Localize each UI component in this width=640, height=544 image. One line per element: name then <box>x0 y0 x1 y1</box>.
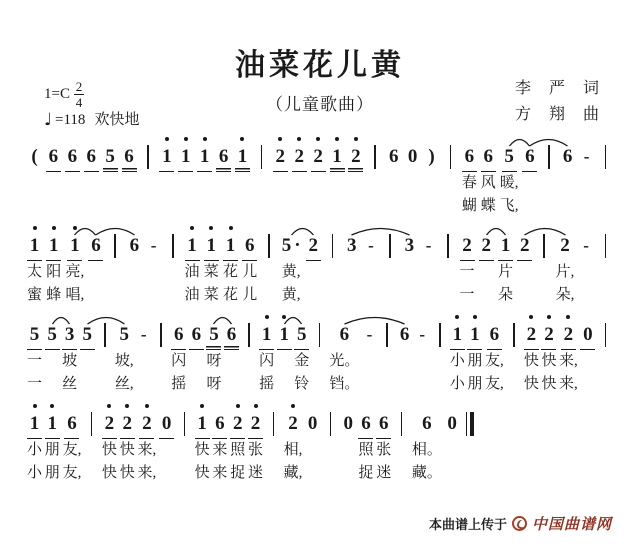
note-cell: 6 <box>87 223 104 307</box>
lyric-text: 快 <box>524 373 539 396</box>
note-cell: 1小小 <box>26 401 43 485</box>
note-cell: 6闪摇 <box>170 312 187 396</box>
note-text <box>462 411 477 439</box>
note-cell: 1太蜜 <box>26 223 43 307</box>
lyric-text: 小 <box>450 373 465 396</box>
barline-cell <box>139 134 156 218</box>
tempo-marking: =118 <box>55 112 85 129</box>
note-text <box>140 144 155 172</box>
note-text: 1 <box>178 144 193 172</box>
note-text <box>323 411 338 439</box>
octave-dot-icon <box>265 315 269 319</box>
note-cell: 2 <box>347 134 364 218</box>
note-text: 6 <box>242 233 257 261</box>
lyric-text: 菜 <box>204 284 219 307</box>
barline-cell <box>505 312 522 396</box>
dash-cell: - <box>361 312 378 396</box>
note-text: - <box>146 233 161 261</box>
note-text: 2 <box>460 233 475 261</box>
note-text: 6 <box>560 144 575 172</box>
barline-cell <box>379 312 396 396</box>
barline-cell <box>382 223 399 307</box>
octave-dot-icon <box>145 404 149 408</box>
note-text: - <box>579 233 594 261</box>
note-text: 5 <box>80 322 95 350</box>
note-cell: 2 <box>478 223 495 307</box>
note-text: 0 <box>445 411 460 439</box>
lyric-text: 迷 <box>376 462 391 485</box>
note-text <box>536 233 551 261</box>
dash-cell: - <box>578 134 595 218</box>
note-text: 5 <box>502 144 517 172</box>
lyric-text: 来, <box>138 439 157 462</box>
music-area: (66656111612221260)6春蝴6风蝶5暖,飞,66-1太蜜1阳蜂1… <box>26 134 614 485</box>
lyric-text: 光。 <box>329 350 359 373</box>
octave-dot-icon <box>165 137 169 141</box>
octave-dot-icon <box>335 137 339 141</box>
octave-dot-icon <box>278 137 282 141</box>
note-text <box>598 322 613 350</box>
note-cell: 6光。铛。 <box>328 312 360 396</box>
lyric-text: 唱, <box>65 284 84 307</box>
note-cell: 6 <box>223 312 240 396</box>
octave-dot-icon <box>297 137 301 141</box>
octave-dot-icon <box>125 404 129 408</box>
barline-cell <box>107 223 124 307</box>
note-text: 5 <box>103 144 118 172</box>
lyric-text: 朋 <box>467 350 482 373</box>
note-text: 2 <box>348 144 363 172</box>
barline-cell <box>540 134 557 218</box>
note-text: - <box>136 322 151 350</box>
note-cell: 1菜菜 <box>203 223 220 307</box>
lyric-text: 来, <box>138 462 157 485</box>
octave-dot-icon <box>529 315 533 319</box>
note-cell: 1 <box>177 134 194 218</box>
lyric-text: 片 <box>498 261 513 284</box>
note-cell: 5呀呀 <box>205 312 222 396</box>
octave-dot-icon <box>240 137 244 141</box>
lyric-text: 快 <box>102 439 117 462</box>
lyric-text: 一 <box>27 350 42 373</box>
note-cell: 1亮,唱, <box>64 223 85 307</box>
note-text: 2 <box>120 411 135 439</box>
note-cell: 6张迷 <box>375 401 392 485</box>
lyric-text: 捉 <box>358 462 373 485</box>
lyric-text: 黄, <box>282 261 301 284</box>
octave-dot-icon <box>354 137 358 141</box>
lyric-text: 捉 <box>230 462 245 485</box>
lyric-text: 铛。 <box>329 373 359 396</box>
barline-cell <box>176 401 193 485</box>
note-cell: 2快快 <box>523 312 540 396</box>
note-text <box>266 411 281 439</box>
lyric-text: 蜜 <box>27 284 42 307</box>
lyric-text: 小 <box>27 439 42 462</box>
note-text: 1 <box>27 233 42 261</box>
note-text: 6 <box>171 322 186 350</box>
note-text: 5 <box>27 322 42 350</box>
dash-cell: - <box>420 223 437 307</box>
lyric-text: 朵 <box>498 284 513 307</box>
lyric-text: 迷 <box>248 462 263 485</box>
site-name: 中国曲谱网 <box>532 513 612 534</box>
note-text <box>383 233 398 261</box>
composer-credit: 方 翔 曲 <box>515 102 600 128</box>
note-text <box>325 233 340 261</box>
note-cell: 5 <box>44 312 61 396</box>
octave-dot-icon <box>254 404 258 408</box>
note-text: 6 <box>127 233 142 261</box>
lyric-text: 儿 <box>242 261 257 284</box>
note-text: 6 <box>65 144 80 172</box>
note-cell: 2 <box>291 134 308 218</box>
lyric-text: 飞, <box>500 195 519 218</box>
octave-dot-icon <box>73 226 77 230</box>
barline-cell <box>431 312 448 396</box>
note-text <box>177 411 192 439</box>
note-cell: 6照捉 <box>357 401 374 485</box>
dash-cell: - <box>578 223 595 307</box>
lyric-text: 一 <box>460 261 475 284</box>
note-cell: 6 <box>64 134 81 218</box>
note-text: 2 <box>524 322 539 350</box>
lyric-text: 菜 <box>204 261 219 284</box>
note-text <box>443 144 458 172</box>
note-cell: 2快快 <box>119 401 136 485</box>
lyric-text: 坡 <box>62 350 77 373</box>
note-cell: 0 <box>404 134 421 218</box>
meter-numerator: 2 <box>76 80 83 93</box>
note-cell: 6相。藏。 <box>411 401 443 485</box>
note-text: 1 <box>223 233 238 261</box>
lyric-text: 蜂 <box>46 284 61 307</box>
barline-cell <box>439 223 456 307</box>
note-text: 2 <box>139 411 154 439</box>
dot-after-icon: · <box>294 235 300 257</box>
note-cell: 6 <box>385 134 402 218</box>
lyric-text: 快 <box>541 373 556 396</box>
note-text: 6 <box>64 411 79 439</box>
note-cell: 0 <box>158 401 175 485</box>
note-text: 6 <box>397 322 412 350</box>
note-text <box>261 233 276 261</box>
lyric-text: 阳 <box>46 261 61 284</box>
note-cell: 2片,朵, <box>555 223 576 307</box>
note-cell: 0 <box>340 401 357 485</box>
note-text: 6 <box>481 144 496 172</box>
lyric-text: 丝, <box>115 373 134 396</box>
barline-cell <box>366 134 383 218</box>
note-cell: 2照捉 <box>229 401 246 485</box>
note-text <box>598 144 613 172</box>
note-text: 0 <box>159 411 174 439</box>
note-cell: 3 <box>343 223 360 307</box>
note-cell: 6 <box>126 223 143 307</box>
note-text <box>108 233 123 261</box>
site-logo-icon <box>512 516 527 531</box>
barline-cell <box>393 401 410 485</box>
lyric-text: 来, <box>559 350 578 373</box>
note-cell: 2 <box>310 134 327 218</box>
note-cell: 1 <box>158 134 175 218</box>
lyric-text: 快 <box>102 462 117 485</box>
note-cell: 6 <box>521 134 538 218</box>
lyric-text: 友, <box>485 373 504 396</box>
note-text <box>598 233 613 261</box>
note-text: 6 <box>337 322 352 350</box>
note-cell: 3 <box>401 223 418 307</box>
note-text: 6 <box>376 411 391 439</box>
meter-fraction: 2 4 <box>74 80 84 109</box>
lyric-text: 藏。 <box>412 462 442 485</box>
note-text <box>154 322 169 350</box>
note-cell: 0 <box>579 312 596 396</box>
music-line: 1小小1朋朋6友,友,2快快2快快2来,来,01快快6来来2照捉2张迷2相,藏,… <box>26 401 479 485</box>
note-text: 6 <box>522 144 537 172</box>
note-text: 1 <box>46 233 61 261</box>
note-cell: 2 <box>305 223 322 307</box>
lyric-text: 铃 <box>294 373 309 396</box>
lyric-text: 油 <box>185 284 200 307</box>
barline-cell <box>83 401 100 485</box>
note-text: 6 <box>224 322 239 350</box>
note-text: 1 <box>204 233 219 261</box>
lyric-text: 朋 <box>45 439 60 462</box>
note-cell: 1花花 <box>222 223 239 307</box>
lyric-text: 蝴 <box>462 195 477 218</box>
note-text: 6 <box>358 411 373 439</box>
note-cell: 2 <box>516 223 533 307</box>
note-cell: 1小小 <box>449 312 466 396</box>
page-title: 油菜花儿黄 <box>0 0 640 84</box>
lyric-text: 来 <box>212 439 227 462</box>
note-text: 2 <box>306 233 321 261</box>
lyric-text: 片, <box>556 261 575 284</box>
note-cell: 6来来 <box>211 401 228 485</box>
note-text: 1 <box>467 322 482 350</box>
note-text: 0 <box>305 411 320 439</box>
lyric-text: 相。 <box>412 439 442 462</box>
lyric-text: 坡, <box>115 350 134 373</box>
lyric-text: 朵, <box>556 284 575 307</box>
lyric-text: 闪 <box>259 350 274 373</box>
note-cell: 1 <box>329 134 346 218</box>
note-cell: 5·黄,黄, <box>280 223 303 307</box>
note-text: - <box>362 322 377 350</box>
octave-dot-icon <box>566 315 570 319</box>
note-cell: 3坡丝 <box>61 312 78 396</box>
note-text: 2 <box>230 411 245 439</box>
barline-cell <box>597 312 614 396</box>
dash-cell: - <box>135 312 152 396</box>
paren-cell: ( <box>26 134 43 218</box>
note-text: 6 <box>46 144 61 172</box>
lyric-text: 朋 <box>467 373 482 396</box>
lyric-text: 春 <box>462 172 477 195</box>
octave-dot-icon <box>236 404 240 408</box>
note-text: 6 <box>419 411 434 439</box>
lyric-text: 黄, <box>282 284 301 307</box>
note-text: 3 <box>344 233 359 261</box>
note-cell: 5暖,飞, <box>499 134 520 218</box>
note-text: 0 <box>580 322 595 350</box>
note-text: 6 <box>88 233 103 261</box>
barline-cell <box>311 312 328 396</box>
lyric-text: 快 <box>120 462 135 485</box>
note-text: 5· <box>281 233 302 261</box>
note-text: 2 <box>517 233 532 261</box>
note-text: 2 <box>479 233 494 261</box>
sheet-music-page: 油菜花儿黄 （儿童歌曲） 李 严 词 方 翔 曲 1=C 2 4 ♩ =118 … <box>0 0 640 544</box>
note-text: 1 <box>450 322 465 350</box>
key-tempo-block: 1=C 2 4 ♩ =118 欢快地 <box>44 80 139 129</box>
octave-dot-icon <box>184 137 188 141</box>
lyric-text: 来, <box>559 373 578 396</box>
octave-dot-icon <box>229 226 233 230</box>
note-text: - <box>363 233 378 261</box>
barline-cell <box>253 134 270 218</box>
quarter-note-icon: ♩ <box>44 112 52 129</box>
note-text: 5 <box>45 322 60 350</box>
lyric-text: 朋 <box>45 462 60 485</box>
barline-cell <box>241 312 258 396</box>
music-line: 5一一53坡丝55坡,丝,-6闪摇65呀呀61闪摇15金铃6光。铛。-6-1小小… <box>26 312 614 396</box>
octave-dot-icon <box>200 404 204 408</box>
note-cell: 1闪摇 <box>258 312 275 396</box>
lyric-text: 油 <box>185 261 200 284</box>
note-text: 6 <box>122 144 137 172</box>
barline-cell <box>461 401 478 485</box>
note-cell: 1快快 <box>194 401 211 485</box>
lyric-text: 一 <box>27 373 42 396</box>
note-text: 3 <box>402 233 417 261</box>
barline-cell <box>96 312 113 396</box>
lyric-text: 小 <box>450 350 465 373</box>
lyric-text: 风 <box>481 172 496 195</box>
note-cell: 1阳蜂 <box>45 223 62 307</box>
note-text: 1 <box>195 411 210 439</box>
note-cell: 1 <box>196 134 213 218</box>
lyric-text: 金 <box>294 350 309 373</box>
note-cell: 5坡,丝, <box>114 312 135 396</box>
note-cell: 2来,来, <box>558 312 579 396</box>
dash-cell: - <box>414 312 431 396</box>
octave-dot-icon <box>316 137 320 141</box>
note-text: ) <box>424 144 439 172</box>
note-cell: 2 <box>272 134 289 218</box>
note-cell: 6春蝴 <box>461 134 478 218</box>
lyric-text: 相, <box>284 439 303 462</box>
octave-dot-icon <box>33 404 37 408</box>
note-text: 0 <box>405 144 420 172</box>
octave-dot-icon <box>473 315 477 319</box>
lyric-text: 摇 <box>259 373 274 396</box>
note-text: 6 <box>386 144 401 172</box>
key-signature: 1=C <box>44 86 70 103</box>
octave-dot-icon <box>190 226 194 230</box>
note-text <box>165 233 180 261</box>
note-text: 6 <box>84 144 99 172</box>
note-text: 1 <box>259 322 274 350</box>
barline-cell <box>322 401 339 485</box>
note-text: 1 <box>498 233 513 261</box>
note-cell: 2张迷 <box>247 401 264 485</box>
note-text <box>254 144 269 172</box>
note-text: 2 <box>273 144 288 172</box>
note-text <box>242 322 257 350</box>
note-text: 1 <box>185 233 200 261</box>
lyric-text: 暖, <box>500 172 519 195</box>
paren-cell: ) <box>423 134 440 218</box>
note-text: 5 <box>294 322 309 350</box>
note-text: 5 <box>117 322 132 350</box>
footer: 本曲谱上传于 中国曲谱网 <box>429 513 612 534</box>
barline-cell <box>442 134 459 218</box>
note-cell: 1 <box>234 134 251 218</box>
note-text: 6 <box>189 322 204 350</box>
barline-cell <box>597 134 614 218</box>
octave-dot-icon <box>209 226 213 230</box>
note-text: 2 <box>248 411 263 439</box>
note-text: 6 <box>212 411 227 439</box>
lyric-text: 张 <box>376 439 391 462</box>
credits: 李 严 词 方 翔 曲 <box>515 76 600 129</box>
note-cell: 6儿儿 <box>241 223 258 307</box>
lyric-text: 快 <box>195 439 210 462</box>
note-text: 3 <box>62 322 77 350</box>
note-cell: 1油油 <box>184 223 201 307</box>
lyric-text: 太 <box>27 261 42 284</box>
note-text <box>440 233 455 261</box>
note-cell: 1 <box>276 312 293 396</box>
note-cell: 6 <box>121 134 138 218</box>
lyric-text: 快 <box>120 439 135 462</box>
note-text: 2 <box>541 322 556 350</box>
footer-upload-text: 本曲谱上传于 <box>429 514 507 533</box>
note-text: 1 <box>235 144 250 172</box>
note-text <box>97 322 112 350</box>
expression-marking: 欢快地 <box>94 112 139 129</box>
note-text: 2 <box>561 322 576 350</box>
note-cell: 6 <box>45 134 62 218</box>
note-cell: 5 <box>79 312 96 396</box>
note-cell: 6友,友, <box>62 401 83 485</box>
lyric-text: 亮, <box>65 261 84 284</box>
note-text <box>312 322 327 350</box>
note-text: 2 <box>292 144 307 172</box>
barline-cell <box>597 223 614 307</box>
note-text: 6 <box>462 144 477 172</box>
note-text: - <box>579 144 594 172</box>
lyric-text: 来 <box>212 462 227 485</box>
note-text: 1 <box>277 322 292 350</box>
lyric-text: 呀 <box>206 373 221 396</box>
lyric-text: 呀 <box>206 350 221 373</box>
note-text: 6 <box>216 144 231 172</box>
lyric-text: 友, <box>485 350 504 373</box>
octave-dot-icon <box>33 226 37 230</box>
note-text: 1 <box>45 411 60 439</box>
lyric-text: 快 <box>541 350 556 373</box>
note-text <box>432 322 447 350</box>
octave-dot-icon <box>203 137 207 141</box>
note-cell: 6友,友, <box>484 312 505 396</box>
music-line: 1太蜜1阳蜂1亮,唱,66-1油油1菜菜1花花6儿儿5·黄,黄,23-3-2一一… <box>26 223 614 307</box>
note-cell: 6 <box>215 134 232 218</box>
note-text: ( <box>27 144 42 172</box>
note-text <box>541 144 556 172</box>
